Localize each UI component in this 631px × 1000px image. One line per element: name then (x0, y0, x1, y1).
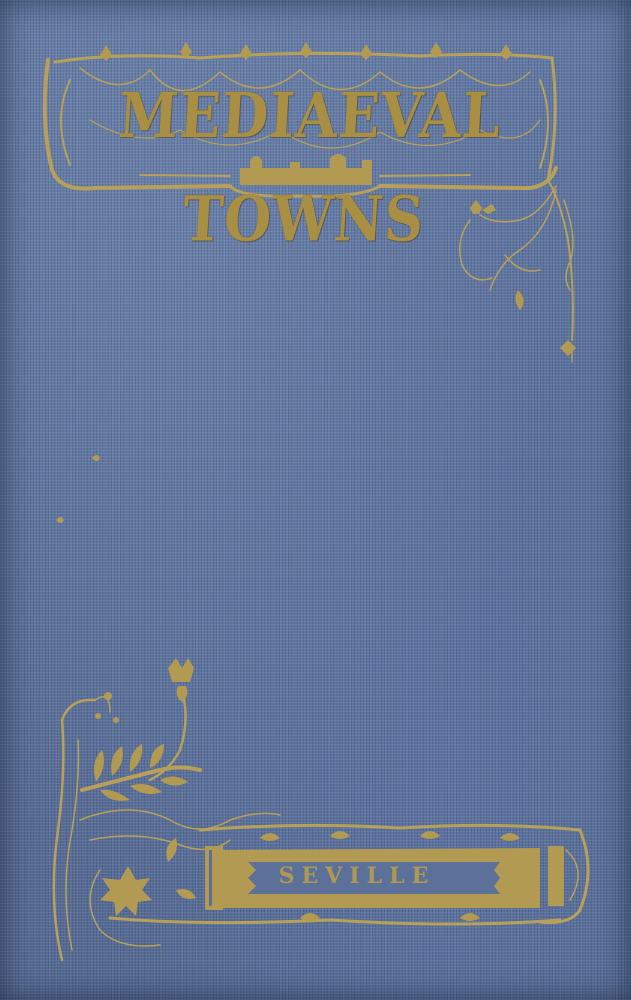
gilt-fleck (56, 517, 64, 523)
book-subtitle: SEVILLE (262, 858, 452, 894)
book-title: MEDIAEVAL TOWNS (57, 63, 563, 167)
book-cover: MEDIAEVAL TOWNS SEVILLE (0, 0, 631, 1000)
gilt-fleck (92, 455, 100, 461)
bottom-left-floral-ornament (54, 658, 280, 960)
top-right-vine-ornament (460, 180, 576, 362)
